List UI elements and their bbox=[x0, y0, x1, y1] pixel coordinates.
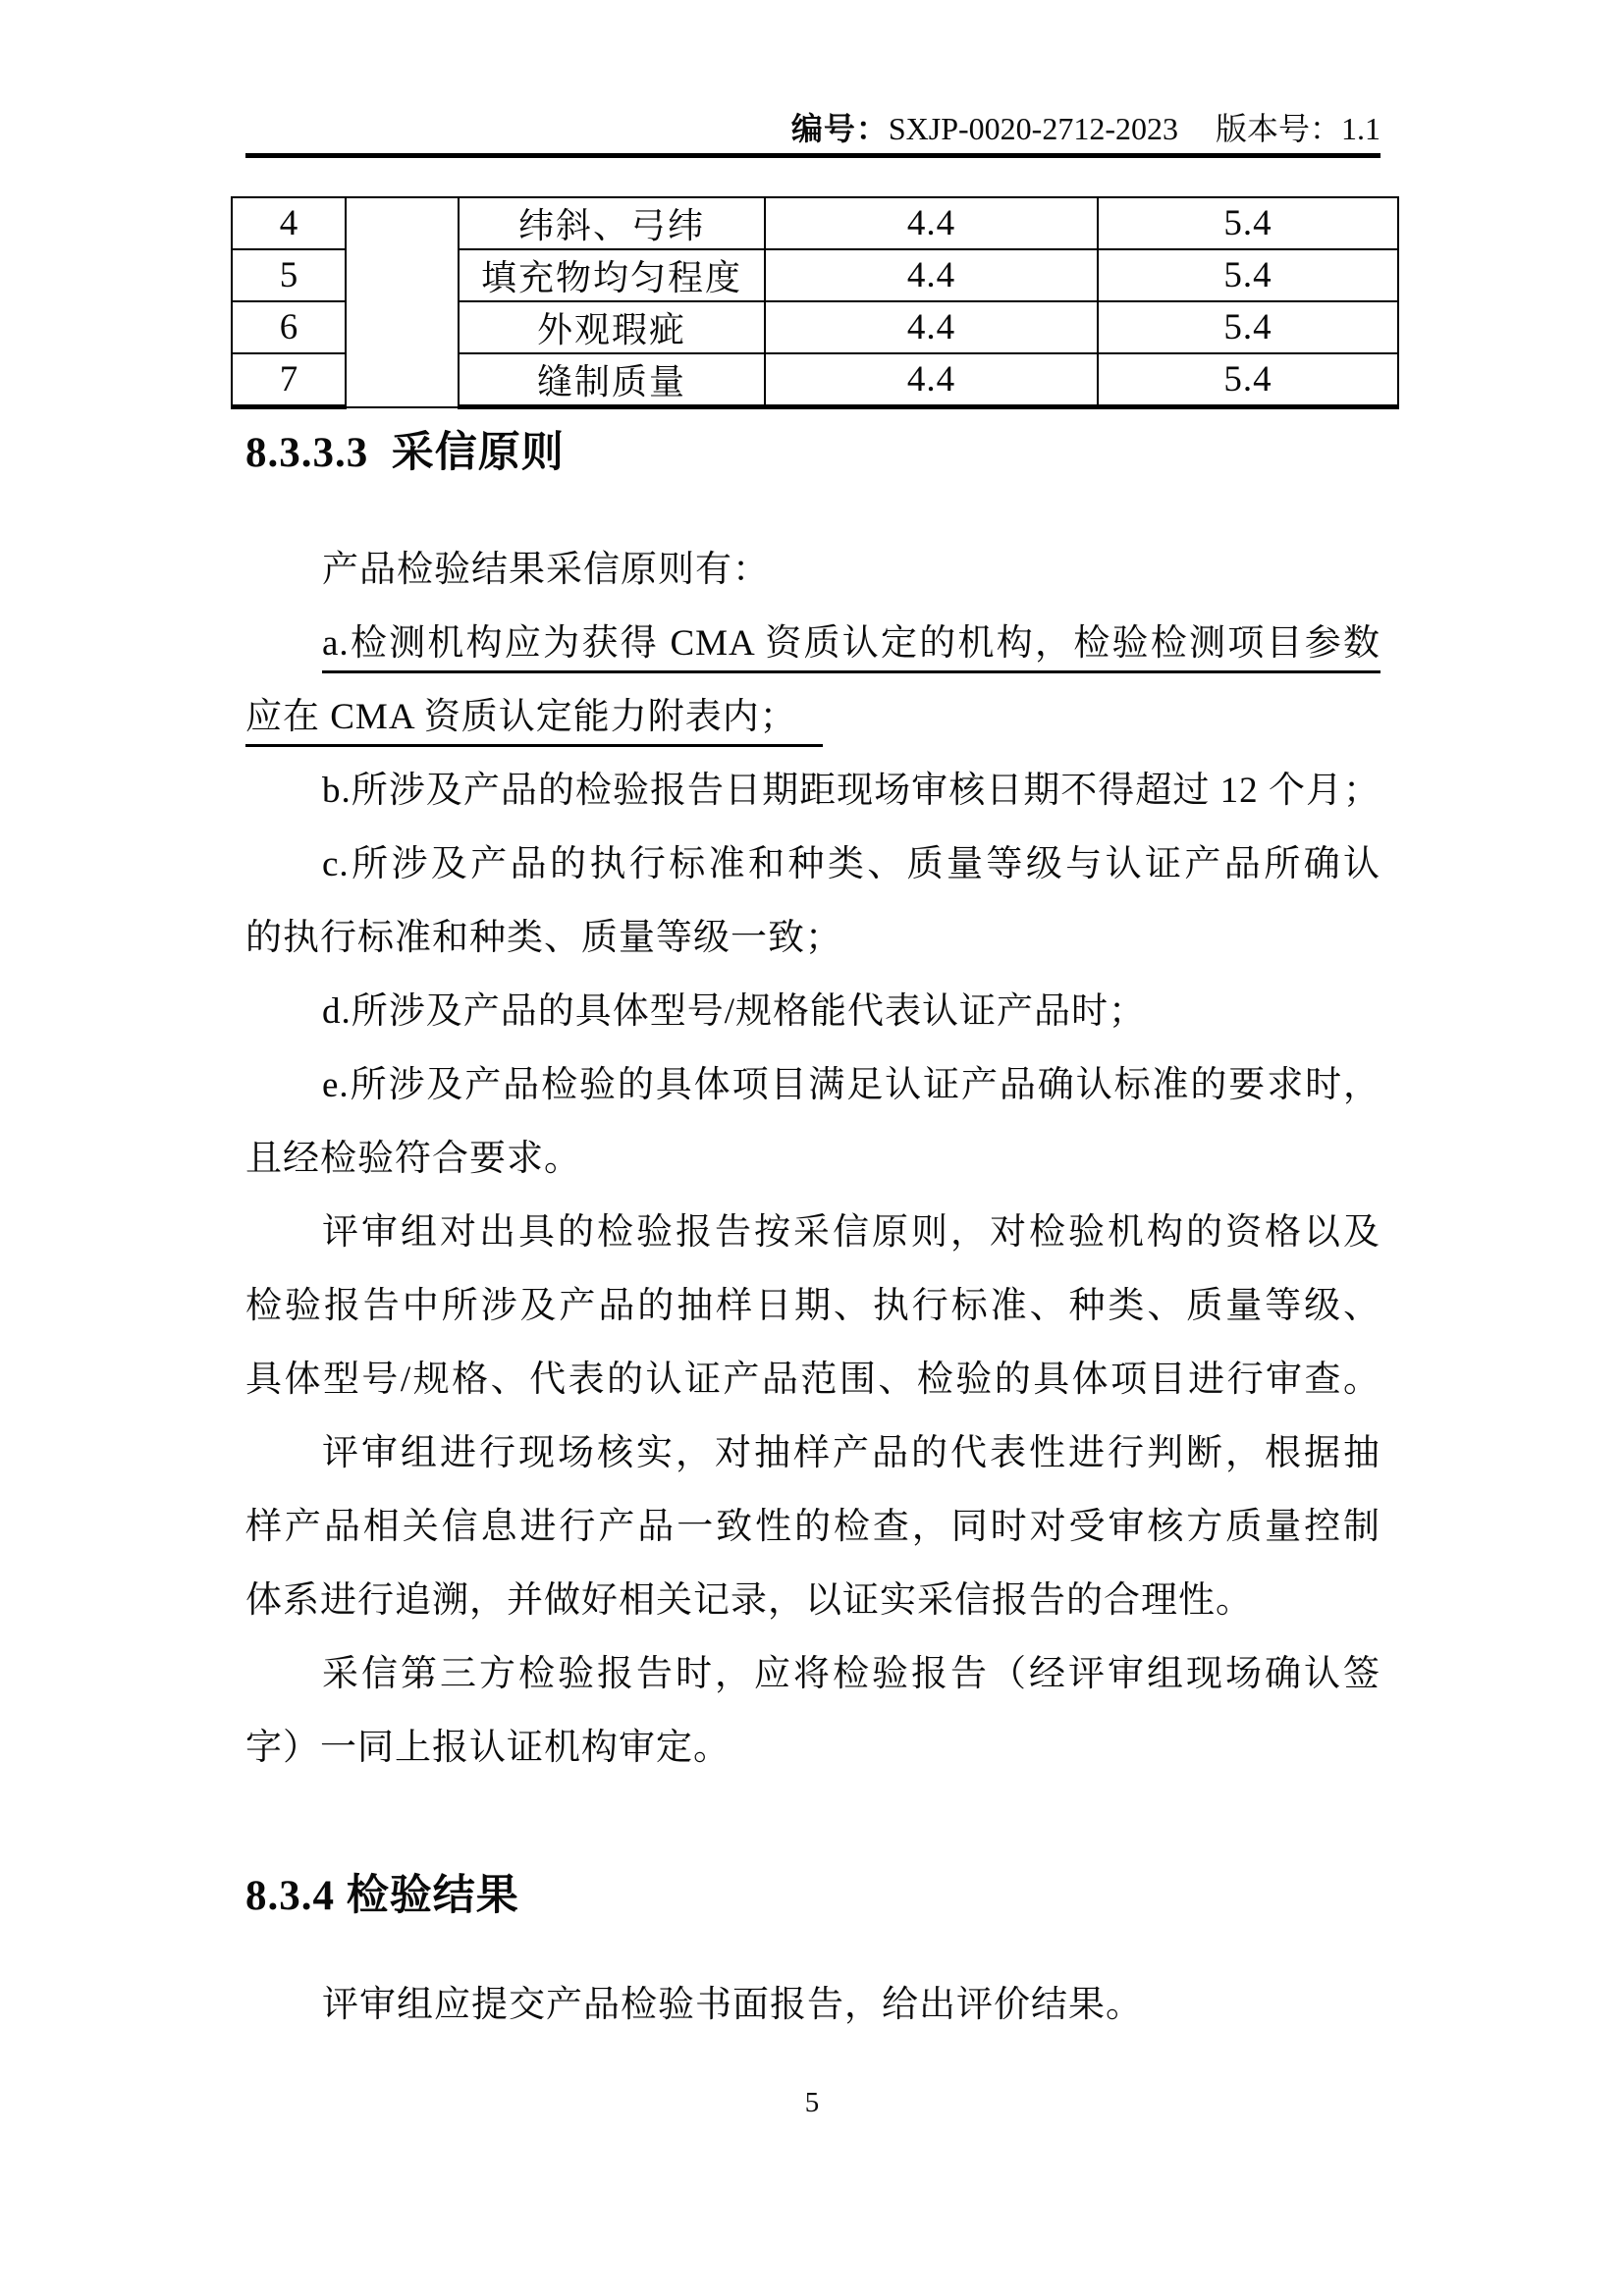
score-cell-1: 4.4 bbox=[765, 249, 1098, 301]
score-cell-1: 4.4 bbox=[765, 197, 1098, 249]
text-line-underlined: 应在 CMA 资质认定能力附表内； bbox=[245, 680, 1380, 754]
row-number-cell: 6 bbox=[232, 301, 346, 353]
text-line: 的执行标准和种类、质量等级一致； bbox=[245, 901, 1380, 975]
score-cell-1: 4.4 bbox=[765, 301, 1098, 353]
doc-number-value: SXJP-0020-2712-2023 bbox=[889, 111, 1178, 146]
text-line: b.所涉及产品的检验报告日期距现场审核日期不得超过 12 个月； bbox=[245, 754, 1380, 828]
score-cell-2: 5.4 bbox=[1098, 249, 1398, 301]
score-cell-2: 5.4 bbox=[1098, 301, 1398, 353]
body-text-block: 产品检验结果采信原则有： a.检测机构应为获得 CMA 资质认定的机构，检验检测… bbox=[245, 533, 1380, 1785]
row-number-cell: 5 bbox=[232, 249, 346, 301]
item-name-cell: 纬斜、弓纬 bbox=[459, 197, 765, 249]
page-number: 5 bbox=[0, 2083, 1624, 2122]
text-line: 样产品相关信息进行产品一致性的检查，同时对受审核方质量控制 bbox=[245, 1490, 1380, 1564]
text-line: e.所涉及产品检验的具体项目满足认证产品确认标准的要求时， bbox=[245, 1048, 1380, 1122]
text-line: 检验报告中所涉及产品的抽样日期、执行标准、种类、质量等级、 bbox=[245, 1269, 1380, 1343]
document-header: 编号：SXJP-0020-2712-2023版本号：1.1 bbox=[245, 106, 1380, 151]
text-line: d.所涉及产品的具体型号/规格能代表认证产品时； bbox=[245, 975, 1380, 1048]
text-line: 且经检验符合要求。 bbox=[245, 1122, 1380, 1196]
text-line: 采信第三方检验报告时，应将检验报告（经评审组现场确认签 bbox=[245, 1637, 1380, 1711]
text-line: c.所涉及产品的执行标准和种类、质量等级与认证产品所确认 bbox=[245, 828, 1380, 901]
item-name-cell: 缝制质量 bbox=[459, 353, 765, 407]
text-line: 字）一同上报认证机构审定。 bbox=[245, 1711, 1380, 1785]
text-line: 具体型号/规格、代表的认证产品范围、检验的具体项目进行审查。 bbox=[245, 1343, 1380, 1416]
item-name-cell: 填充物均匀程度 bbox=[459, 249, 765, 301]
score-cell-2: 5.4 bbox=[1098, 197, 1398, 249]
merged-empty-cell bbox=[346, 197, 459, 407]
text-line: 评审组对出具的检验报告按采信原则，对检验机构的资格以及 bbox=[245, 1196, 1380, 1269]
text-line: 评审组应提交产品检验书面报告，给出评价结果。 bbox=[245, 1968, 1457, 2042]
text-line-underlined: a.检测机构应为获得 CMA 资质认定的机构，检验检测项目参数 bbox=[245, 607, 1380, 680]
doc-number-label: 编号： bbox=[791, 111, 889, 146]
score-table: 4 纬斜、弓纬 4.4 5.4 5 填充物均匀程度 4.4 5.4 6 外观瑕疵… bbox=[231, 196, 1399, 409]
item-name-cell: 外观瑕疵 bbox=[459, 301, 765, 353]
section-heading-834: 8.3.4 检验结果 bbox=[245, 1867, 519, 1926]
section-heading-8333: 8.3.3.3 采信原则 bbox=[245, 424, 565, 483]
document-page: 编号：SXJP-0020-2712-2023版本号：1.1 4 纬斜、弓纬 4.… bbox=[0, 0, 1624, 2296]
text-line: 产品检验结果采信原则有： bbox=[245, 533, 1380, 607]
text-line: 体系进行追溯，并做好相关记录，以证实采信报告的合理性。 bbox=[245, 1564, 1380, 1637]
row-number-cell: 7 bbox=[232, 353, 346, 407]
version-label: 版本号： bbox=[1216, 111, 1341, 146]
version-value: 1.1 bbox=[1341, 111, 1380, 146]
score-cell-2: 5.4 bbox=[1098, 353, 1398, 407]
table-row: 4 纬斜、弓纬 4.4 5.4 bbox=[232, 197, 1398, 249]
score-cell-1: 4.4 bbox=[765, 353, 1098, 407]
header-rule bbox=[245, 153, 1380, 158]
row-number-cell: 4 bbox=[232, 197, 346, 249]
text-line: 评审组进行现场核实，对抽样产品的代表性进行判断，根据抽 bbox=[245, 1416, 1380, 1490]
